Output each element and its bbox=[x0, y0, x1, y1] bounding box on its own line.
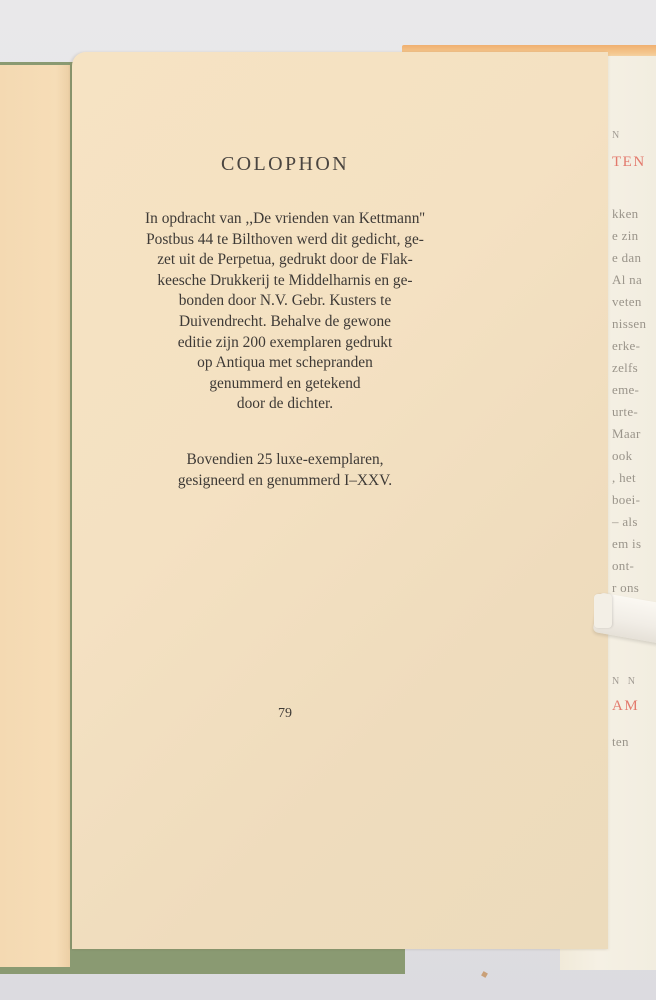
underlying-text-fragment: Maar bbox=[612, 426, 641, 442]
colophon-page: COLOPHON In opdracht van ,,De vrienden v… bbox=[72, 52, 608, 949]
body-line: In opdracht van ,,De vrienden van Kettma… bbox=[110, 209, 460, 230]
underlying-text-fragment: TEN bbox=[612, 154, 646, 171]
underlying-text-fragment: Al na bbox=[612, 272, 642, 288]
underlying-text-fragment: urte- bbox=[612, 404, 638, 420]
underlying-text-fragment: nissen bbox=[612, 316, 646, 332]
luxe-line: gesigneerd en genummerd I–XXV. bbox=[110, 471, 460, 492]
body-line: door de dichter. bbox=[110, 394, 460, 415]
underlying-text-fragment: ont- bbox=[612, 558, 634, 574]
bookmark-ribbon-fold bbox=[594, 594, 612, 628]
underlying-text-fragment: ten bbox=[612, 734, 629, 750]
colophon-body: In opdracht van ,,De vrienden van Kettma… bbox=[110, 209, 460, 415]
underlying-text-fragment: boei- bbox=[612, 492, 640, 508]
body-line: genummerd en getekend bbox=[110, 374, 460, 395]
underlying-text-fragment: erke- bbox=[612, 338, 640, 354]
underlying-text-fragment: r ons bbox=[612, 580, 639, 596]
underlying-text-fragment: N N bbox=[612, 676, 638, 687]
underlying-text-fragment: AM bbox=[612, 698, 639, 715]
underlying-text-fragment: N bbox=[612, 130, 622, 141]
paper-speck bbox=[481, 971, 488, 978]
underlying-text-fragment: kken bbox=[612, 206, 638, 222]
body-line: op Antiqua met schepranden bbox=[110, 353, 460, 374]
body-line: editie zijn 200 exemplaren gedrukt bbox=[110, 333, 460, 354]
body-line: Duivendrecht. Behalve de gewone bbox=[110, 312, 460, 333]
left-facing-page bbox=[0, 65, 70, 967]
page-title: COLOPHON bbox=[72, 153, 498, 176]
underlying-text-fragment: e dan bbox=[612, 250, 641, 266]
underlying-text-fragment: eme- bbox=[612, 382, 639, 398]
underlying-text-fragment: – als bbox=[612, 514, 638, 530]
underlying-text-fragment: zelfs bbox=[612, 360, 638, 376]
body-line: bonden door N.V. Gebr. Kusters te bbox=[110, 291, 460, 312]
underlying-text-fragment: em is bbox=[612, 536, 641, 552]
luxe-line: Bovendien 25 luxe-exemplaren, bbox=[110, 450, 460, 471]
underlying-text-fragment: veten bbox=[612, 294, 642, 310]
luxe-edition-note: Bovendien 25 luxe-exemplaren, gesigneerd… bbox=[110, 450, 460, 491]
body-line: zet uit de Perpetua, gedrukt door de Fla… bbox=[110, 250, 460, 271]
body-line: Postbus 44 te Bilthoven werd dit gedicht… bbox=[110, 230, 460, 251]
underlying-text-fragment: , het bbox=[612, 470, 636, 486]
body-line: keesche Drukkerij te Middelharnis en ge- bbox=[110, 271, 460, 292]
page-number: 79 bbox=[72, 706, 498, 722]
underlying-text-fragment: ook bbox=[612, 448, 632, 464]
underlying-text-fragment: e zin bbox=[612, 228, 638, 244]
